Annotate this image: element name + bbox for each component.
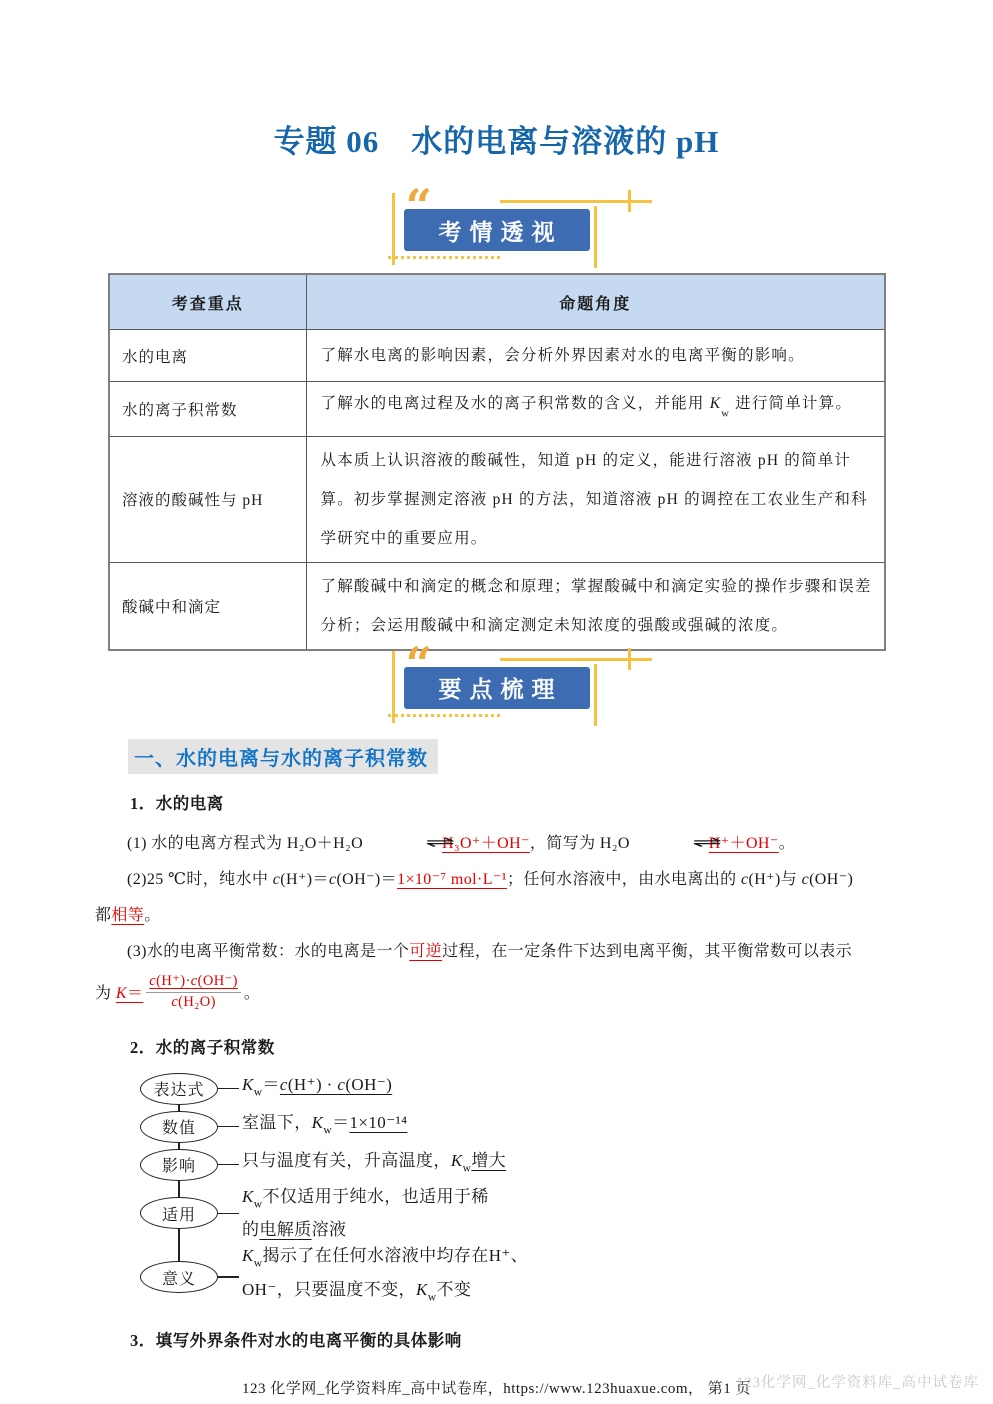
page: 专题 06 水的电离与溶液的 pH “ 考情透视 考查重点 命题角度 水的电离 … bbox=[0, 0, 993, 1404]
col-header-angle: 命题角度 bbox=[306, 274, 885, 330]
diagram-row: 意义 Kw揭示了在任何水溶液中均存在H⁺、OH⁻，只要温度不变，Kw不变 bbox=[140, 1243, 660, 1310]
badge-label: 要点梳理 bbox=[431, 671, 563, 704]
diagram-node: 数值 bbox=[140, 1111, 218, 1143]
diagram-node: 影响 bbox=[140, 1149, 218, 1181]
diagram-node-content: Kw＝c(H⁺) · c(OH⁻) bbox=[242, 1072, 392, 1106]
focus-cell: 水的电离 bbox=[109, 330, 306, 382]
diagram-node-content: Kw揭示了在任何水溶液中均存在H⁺、OH⁻，只要温度不变，Kw不变 bbox=[242, 1243, 542, 1310]
subsection-title-1: 1．水的电离 bbox=[130, 790, 993, 814]
paragraph-pure-water-2: 都相等。 bbox=[95, 898, 911, 934]
decor-wavy-underline bbox=[388, 714, 500, 717]
watermark: 123化学网_化学资料库_高中试卷库 bbox=[736, 1371, 979, 1392]
paragraph-ionization-equation: (1) 水的电离方程式为 H₂O＋H₂O⇌H₃O⁺＋OH⁻，简写为 H₂O⇌H⁺… bbox=[95, 824, 911, 862]
equilibrium-arrow-icon: ⇌ bbox=[349, 824, 457, 860]
diagram-node-content: Kw不仅适用于纯水，也适用于稀的电解质溶液 bbox=[242, 1184, 504, 1244]
diagram-row: 适用 Kw不仅适用于纯水，也适用于稀的电解质溶液 bbox=[140, 1184, 660, 1244]
subsection-title-3: 3．填写外界条件对水的电离平衡的具体影响 bbox=[130, 1327, 993, 1351]
exam-insight-badge: “ 考情透视 bbox=[404, 209, 590, 251]
diagram-node: 适用 bbox=[140, 1197, 218, 1229]
fraction: c(H⁺)·c(OH⁻)c(H₂O) bbox=[146, 972, 241, 1012]
subsection-title-2: 2．水的离子积常数 bbox=[130, 1034, 993, 1058]
decor-line-right bbox=[594, 664, 597, 726]
table-row: 溶液的酸碱性与 pH 从本质上认识溶液的酸碱性，知道 pH 的定义，能进行溶液 … bbox=[109, 436, 885, 562]
angle-cell: 了解水的电离过程及水的离子积常数的含义，并能用 Kw 进行简单计算。 bbox=[306, 382, 885, 437]
decor-line-right bbox=[594, 206, 597, 268]
table-row: 水的电离 了解水电离的影响因素，会分析外界因素对水的电离平衡的影响。 bbox=[109, 330, 885, 382]
diagram-row: 表达式 Kw＝c(H⁺) · c(OH⁻) bbox=[140, 1070, 660, 1108]
kw-diagram: 表达式 Kw＝c(H⁺) · c(OH⁻) 数值 室温下，Kw＝1×10⁻¹⁴ … bbox=[140, 1070, 660, 1311]
connector-dash bbox=[218, 1164, 239, 1166]
paragraph-equilibrium-constant-1: (3)水的电离平衡常数：水的电离是一个可逆过程，在一定条件下达到电离平衡，其平衡… bbox=[95, 934, 911, 970]
paragraph-equilibrium-constant-2: 为 K＝c(H⁺)·c(OH⁻)c(H₂O)。 bbox=[95, 970, 911, 1018]
section-heading: 一、水的电离与水的离子积常数 bbox=[128, 739, 438, 774]
connector-dash bbox=[218, 1126, 239, 1128]
equilibrium-arrow-icon: ⇌ bbox=[615, 824, 723, 860]
diagram-row: 数值 室温下，Kw＝1×10⁻¹⁴ bbox=[140, 1108, 660, 1146]
angle-cell: 了解水电离的影响因素，会分析外界因素对水的电离平衡的影响。 bbox=[306, 330, 885, 382]
diagram-node-content: 室温下，Kw＝1×10⁻¹⁴ bbox=[242, 1110, 407, 1144]
focus-cell: 水的离子积常数 bbox=[109, 382, 306, 437]
connector-dash bbox=[218, 1088, 239, 1090]
exam-focus-table: 考查重点 命题角度 水的电离 了解水电离的影响因素，会分析外界因素对水的电离平衡… bbox=[108, 273, 886, 651]
table-row: 水的离子积常数 了解水的电离过程及水的离子积常数的含义，并能用 Kw 进行简单计… bbox=[109, 382, 885, 437]
col-header-focus: 考查重点 bbox=[109, 274, 306, 330]
quote-icon: “ bbox=[406, 183, 432, 229]
connector-dash bbox=[218, 1213, 239, 1215]
decor-cross-tick bbox=[628, 648, 631, 670]
angle-cell: 从本质上认识溶液的酸碱性，知道 pH 的定义，能进行溶液 pH 的简单计算。初步… bbox=[306, 436, 885, 562]
decor-cross-tick bbox=[628, 190, 631, 212]
paragraph-pure-water-1: (2)25 ℃时，纯水中 c(H⁺)＝c(OH⁻)＝1×10⁻⁷ mol·L⁻¹… bbox=[95, 862, 911, 898]
decor-line-left bbox=[392, 193, 395, 265]
decor-line-left bbox=[392, 651, 395, 723]
diagram-node-content: 只与温度有关，升高温度，Kw增大 bbox=[242, 1148, 506, 1182]
badge-label: 考情透视 bbox=[431, 214, 563, 247]
diagram-node: 表达式 bbox=[140, 1073, 218, 1105]
table-header-row: 考查重点 命题角度 bbox=[109, 274, 885, 330]
key-points-badge: “ 要点梳理 bbox=[404, 667, 590, 709]
connector-dash bbox=[218, 1276, 239, 1278]
focus-cell: 溶液的酸碱性与 pH bbox=[109, 436, 306, 562]
table-row: 酸碱中和滴定 了解酸碱中和滴定的概念和原理；掌握酸碱中和滴定实验的操作步骤和误差… bbox=[109, 562, 885, 650]
focus-cell: 酸碱中和滴定 bbox=[109, 562, 306, 650]
page-title: 专题 06 水的电离与溶液的 pH bbox=[0, 116, 993, 161]
diagram-row: 影响 只与温度有关，升高温度，Kw增大 bbox=[140, 1146, 660, 1184]
quote-icon: “ bbox=[406, 641, 432, 687]
angle-cell: 了解酸碱中和滴定的概念和原理；掌握酸碱中和滴定实验的操作步骤和误差分析；会运用酸… bbox=[306, 562, 885, 650]
diagram-node: 意义 bbox=[140, 1261, 218, 1293]
decor-wavy-underline bbox=[388, 256, 500, 259]
